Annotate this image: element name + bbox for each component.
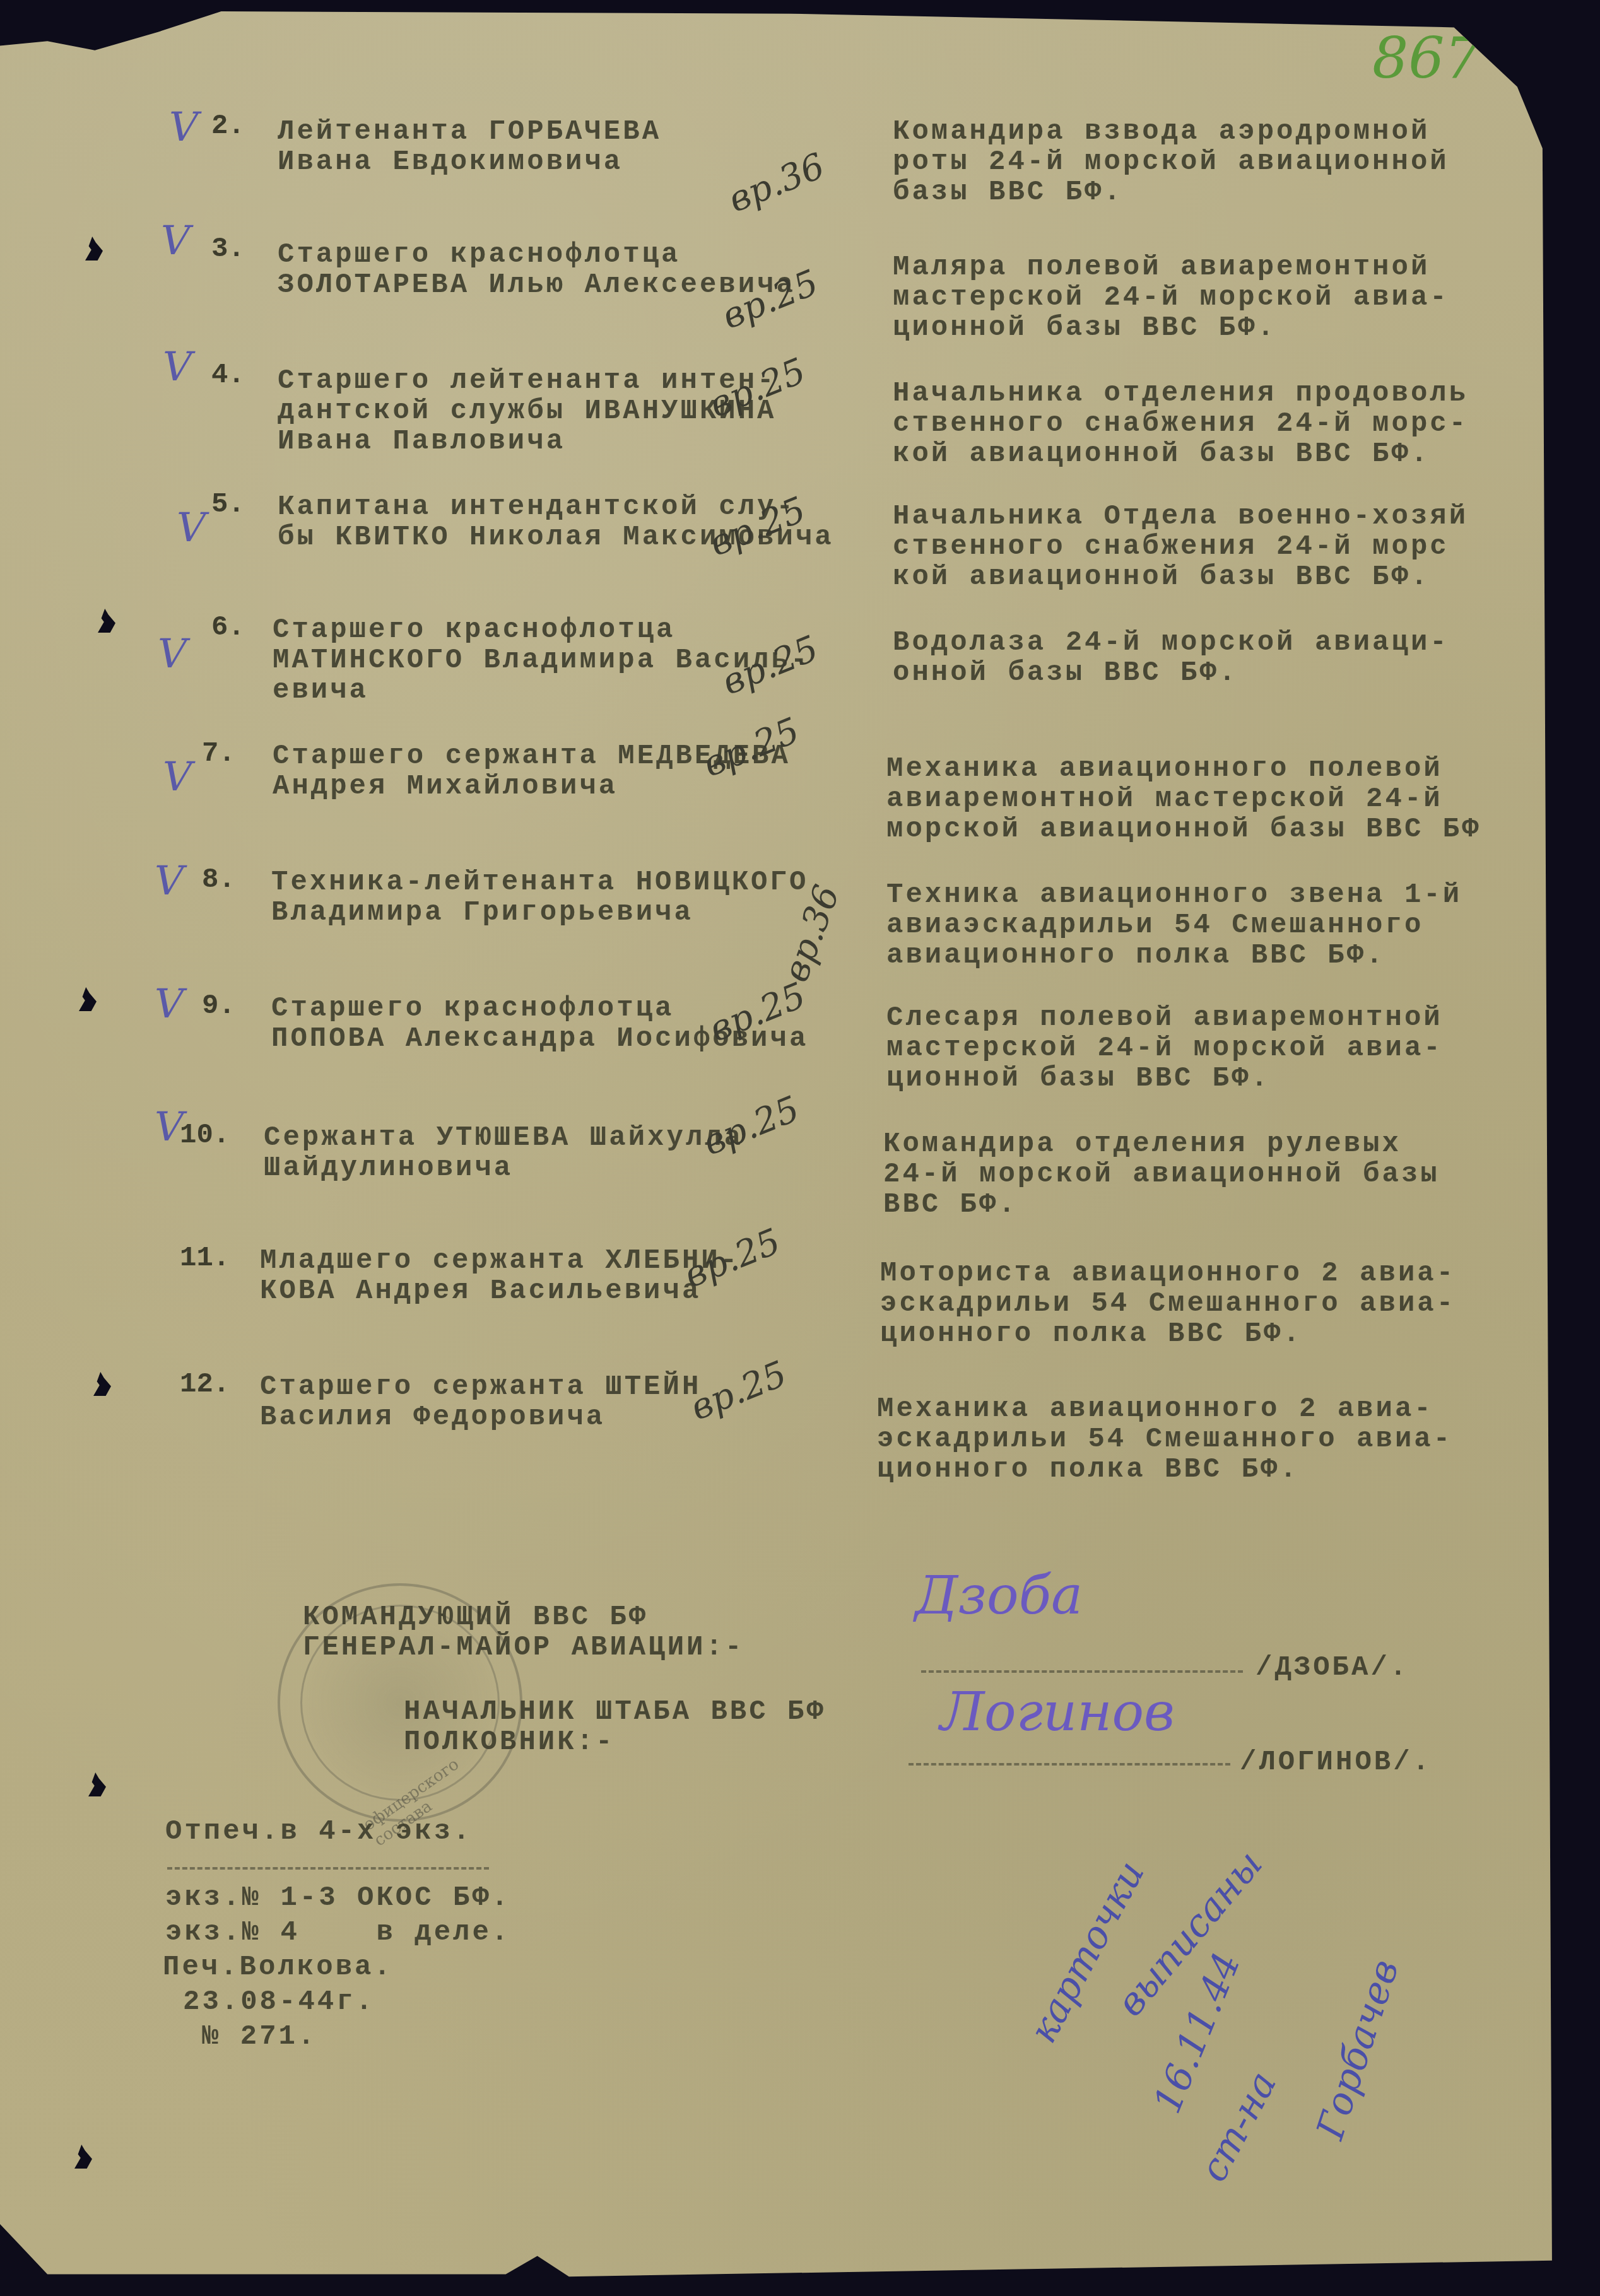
checkmark: V <box>161 218 190 264</box>
entry-number: 7. <box>202 738 235 770</box>
print-note: Отпеч.в 4-х экз. <box>165 1817 472 1847</box>
checkmark: V <box>155 981 184 1028</box>
footer-divider <box>167 1867 489 1870</box>
handwritten-annotation-line1: карточки <box>1021 1854 1153 2050</box>
checkmark: V <box>177 505 206 551</box>
entry-name: Младшего сержанта ХЛЕБНИ- КОВА Андрея Ва… <box>260 1246 739 1306</box>
entry-number: 6. <box>211 612 245 643</box>
entry-position: Техника авиационного звена 1-й авиаэскад… <box>886 880 1462 971</box>
entry-position: Моториста авиационного 2 авиа- эскадриль… <box>880 1258 1456 1349</box>
entry-number: 4. <box>211 360 245 391</box>
binding-hole <box>74 2145 92 2169</box>
entry-position: Механика авиационного полевой авиаремонт… <box>886 754 1481 845</box>
entry-position: Начальника отделения продоволь ственного… <box>893 378 1468 469</box>
entry-number: 9. <box>202 990 235 1022</box>
entry-position: Механика авиационного 2 авиа- эскадрильи… <box>877 1394 1452 1485</box>
folio-number: 867 <box>1372 25 1481 91</box>
document-number: № 271. <box>202 2022 317 2052</box>
checkmark: V <box>163 754 192 800</box>
signature-line <box>921 1670 1243 1673</box>
typist: Печ.Волкова. <box>163 1952 393 1983</box>
entry-name: Лейтенанта ГОРБАЧЕВА Ивана Евдокимовича <box>278 117 661 177</box>
chief-title: НАЧАЛЬНИК ШТАБА ВВС БФ ПОЛКОВНИК:- <box>404 1697 826 1757</box>
entry-number: 12. <box>180 1369 230 1400</box>
commander-title: КОМАНДУЮЩИЙ ВВС БФ ГЕНЕРАЛ-МАЙОР АВИАЦИИ… <box>303 1602 744 1663</box>
entry-number: 8. <box>202 864 235 896</box>
binding-hole <box>85 237 103 261</box>
entry-position: Командира отделения рулевых 24-й морской… <box>883 1129 1440 1220</box>
checkmark: V <box>163 344 192 390</box>
entry-position: Начальника Отдела военно-хозяй ственного… <box>893 501 1468 592</box>
handwritten-note: вр.36 <box>723 146 830 221</box>
copies-line-2: экз.№ 4 в деле. <box>165 1918 510 1948</box>
entry-position: Маляра полевой авиаремонтной мастерской … <box>893 252 1449 343</box>
entry-number: 11. <box>180 1243 230 1274</box>
checkmark: V <box>169 104 198 151</box>
entry-name: Старшего сержанта ШТЕЙН Василия Федорови… <box>260 1372 701 1432</box>
checkmark: V <box>158 631 187 677</box>
binding-hole <box>79 987 97 1011</box>
entry-number: 3. <box>211 233 245 265</box>
entry-name: Старшего краснофлотца ЗОЛОТАРЕВА Илью Ал… <box>278 240 796 300</box>
handwritten-annotation-signature: Горбачев <box>1308 1954 1408 2145</box>
entry-name: Старшего лейтенанта интен- дантской служ… <box>278 366 777 457</box>
commander-signature: Дзоба <box>915 1564 1083 1626</box>
print-date: 23.08-44г. <box>183 1987 375 2017</box>
handwritten-note: вр.25 <box>685 1354 792 1429</box>
binding-hole <box>98 609 115 633</box>
entry-number: 2. <box>211 110 245 142</box>
entry-name: Сержанта УТЮШЕВА Шайхулла Шайдулиновича <box>264 1123 743 1183</box>
handwritten-note: вр.25 <box>698 1089 805 1164</box>
signature-line <box>909 1763 1230 1766</box>
checkmark: V <box>155 858 184 905</box>
entry-number: 10. <box>180 1120 230 1151</box>
commander-name: /ДЗОБА/. <box>1256 1653 1409 1683</box>
entry-position: Слесаря полевой авиаремонтной мастерской… <box>886 1003 1443 1094</box>
entry-position: Командира взвода аэродромной роты 24-й м… <box>893 117 1449 208</box>
document-sheet: 867 V 2. Лейтенанта ГОРБАЧЕВА Ивана Евдо… <box>0 0 1580 2283</box>
handwritten-annotation-line4: ст-на <box>1191 2065 1285 2189</box>
binding-hole <box>88 1772 106 1796</box>
entry-position: Водолаза 24-й морской авиаци- онной базы… <box>893 628 1449 688</box>
chief-signature: Логинов <box>940 1681 1175 1743</box>
chief-name: /ЛОГИНОВ/. <box>1240 1747 1432 1778</box>
entry-number: 5. <box>211 489 245 520</box>
copies-line-1: экз.№ 1-3 ОКОС БФ. <box>165 1883 510 1913</box>
binding-hole <box>93 1372 111 1396</box>
entry-name: Техника-лейтенанта НОВИЦКОГО Владимира Г… <box>271 867 808 928</box>
